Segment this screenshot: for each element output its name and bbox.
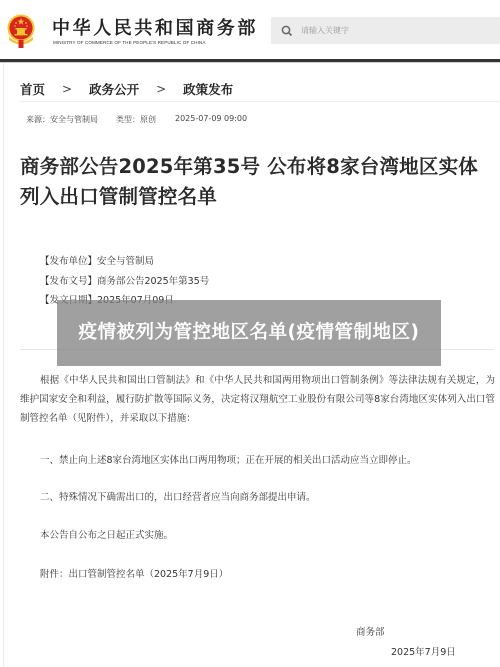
breadcrumb-separator: > <box>62 82 72 96</box>
search-box[interactable] <box>271 17 500 44</box>
national-emblem-icon[interactable] <box>6 13 36 49</box>
org-name-cn[interactable]: 中华人民共和国商务部 <box>52 14 258 40</box>
breadcrumb-policy-release[interactable]: 政策发布 <box>183 80 233 98</box>
search-icon[interactable] <box>281 25 293 37</box>
content-border <box>3 63 4 667</box>
meta-source: 来源：安全与管制局 <box>26 114 98 125</box>
meta-type: 类型：原创 <box>116 114 156 125</box>
info-doc-number: 【发布文号】商务部公告2025年第35号 <box>40 272 209 292</box>
breadcrumb-divider <box>20 101 500 102</box>
signature-date: 2025年7月9日 <box>391 644 456 658</box>
caption-overlay: 疫情被列为管控地区名单(疫情管制地区) <box>57 300 441 366</box>
article-paragraph: 根据《中华人民共和国出口管制法》和《中华人民共和国两用物项出口管制条例》等法律法… <box>20 371 495 428</box>
breadcrumb-gov-affairs[interactable]: 政务公开 <box>89 80 139 98</box>
caption-text: 疫情被列为管控地区名单(疫情管制地区) <box>65 321 434 345</box>
breadcrumb-separator: > <box>156 82 166 96</box>
meta-datetime: 2025-07-09 09:00 <box>175 114 247 125</box>
search-input[interactable] <box>301 26 481 35</box>
attachment-link[interactable]: 附件：出口管制管控名单（2025年7月9日） <box>40 566 228 580</box>
org-name-en: MINISTRY OF COMMERCE OF THE PEOPLE'S REP… <box>53 40 206 45</box>
breadcrumb: 首页 > 政务公开 > 政策发布 <box>20 80 233 98</box>
clause-1: 一、禁止向上述8家台湾地区实体出口两用物项；正在开展的相关出口活动应当立即停止。 <box>40 452 417 466</box>
signature-org: 商务部 <box>356 624 385 638</box>
article-meta: 来源：安全与管制局 类型：原创 2025-07-09 09:00 <box>26 114 247 125</box>
breadcrumb-home[interactable]: 首页 <box>20 80 45 98</box>
site-header: 中华人民共和国商务部 MINISTRY OF COMMERCE OF THE P… <box>0 0 500 59</box>
article-title: 商务部公告2025年第35号 公布将8家台湾地区实体列入出口管制管控名单 <box>20 152 490 212</box>
clause-2: 二、特殊情况下确需出口的，出口经营者应当向商务部提出申请。 <box>40 489 316 503</box>
header-divider-shadow <box>0 62 500 63</box>
effective-statement: 本公告自公布之日起正式实施。 <box>40 527 173 541</box>
info-publisher: 【发布单位】安全与管制局 <box>40 252 209 272</box>
